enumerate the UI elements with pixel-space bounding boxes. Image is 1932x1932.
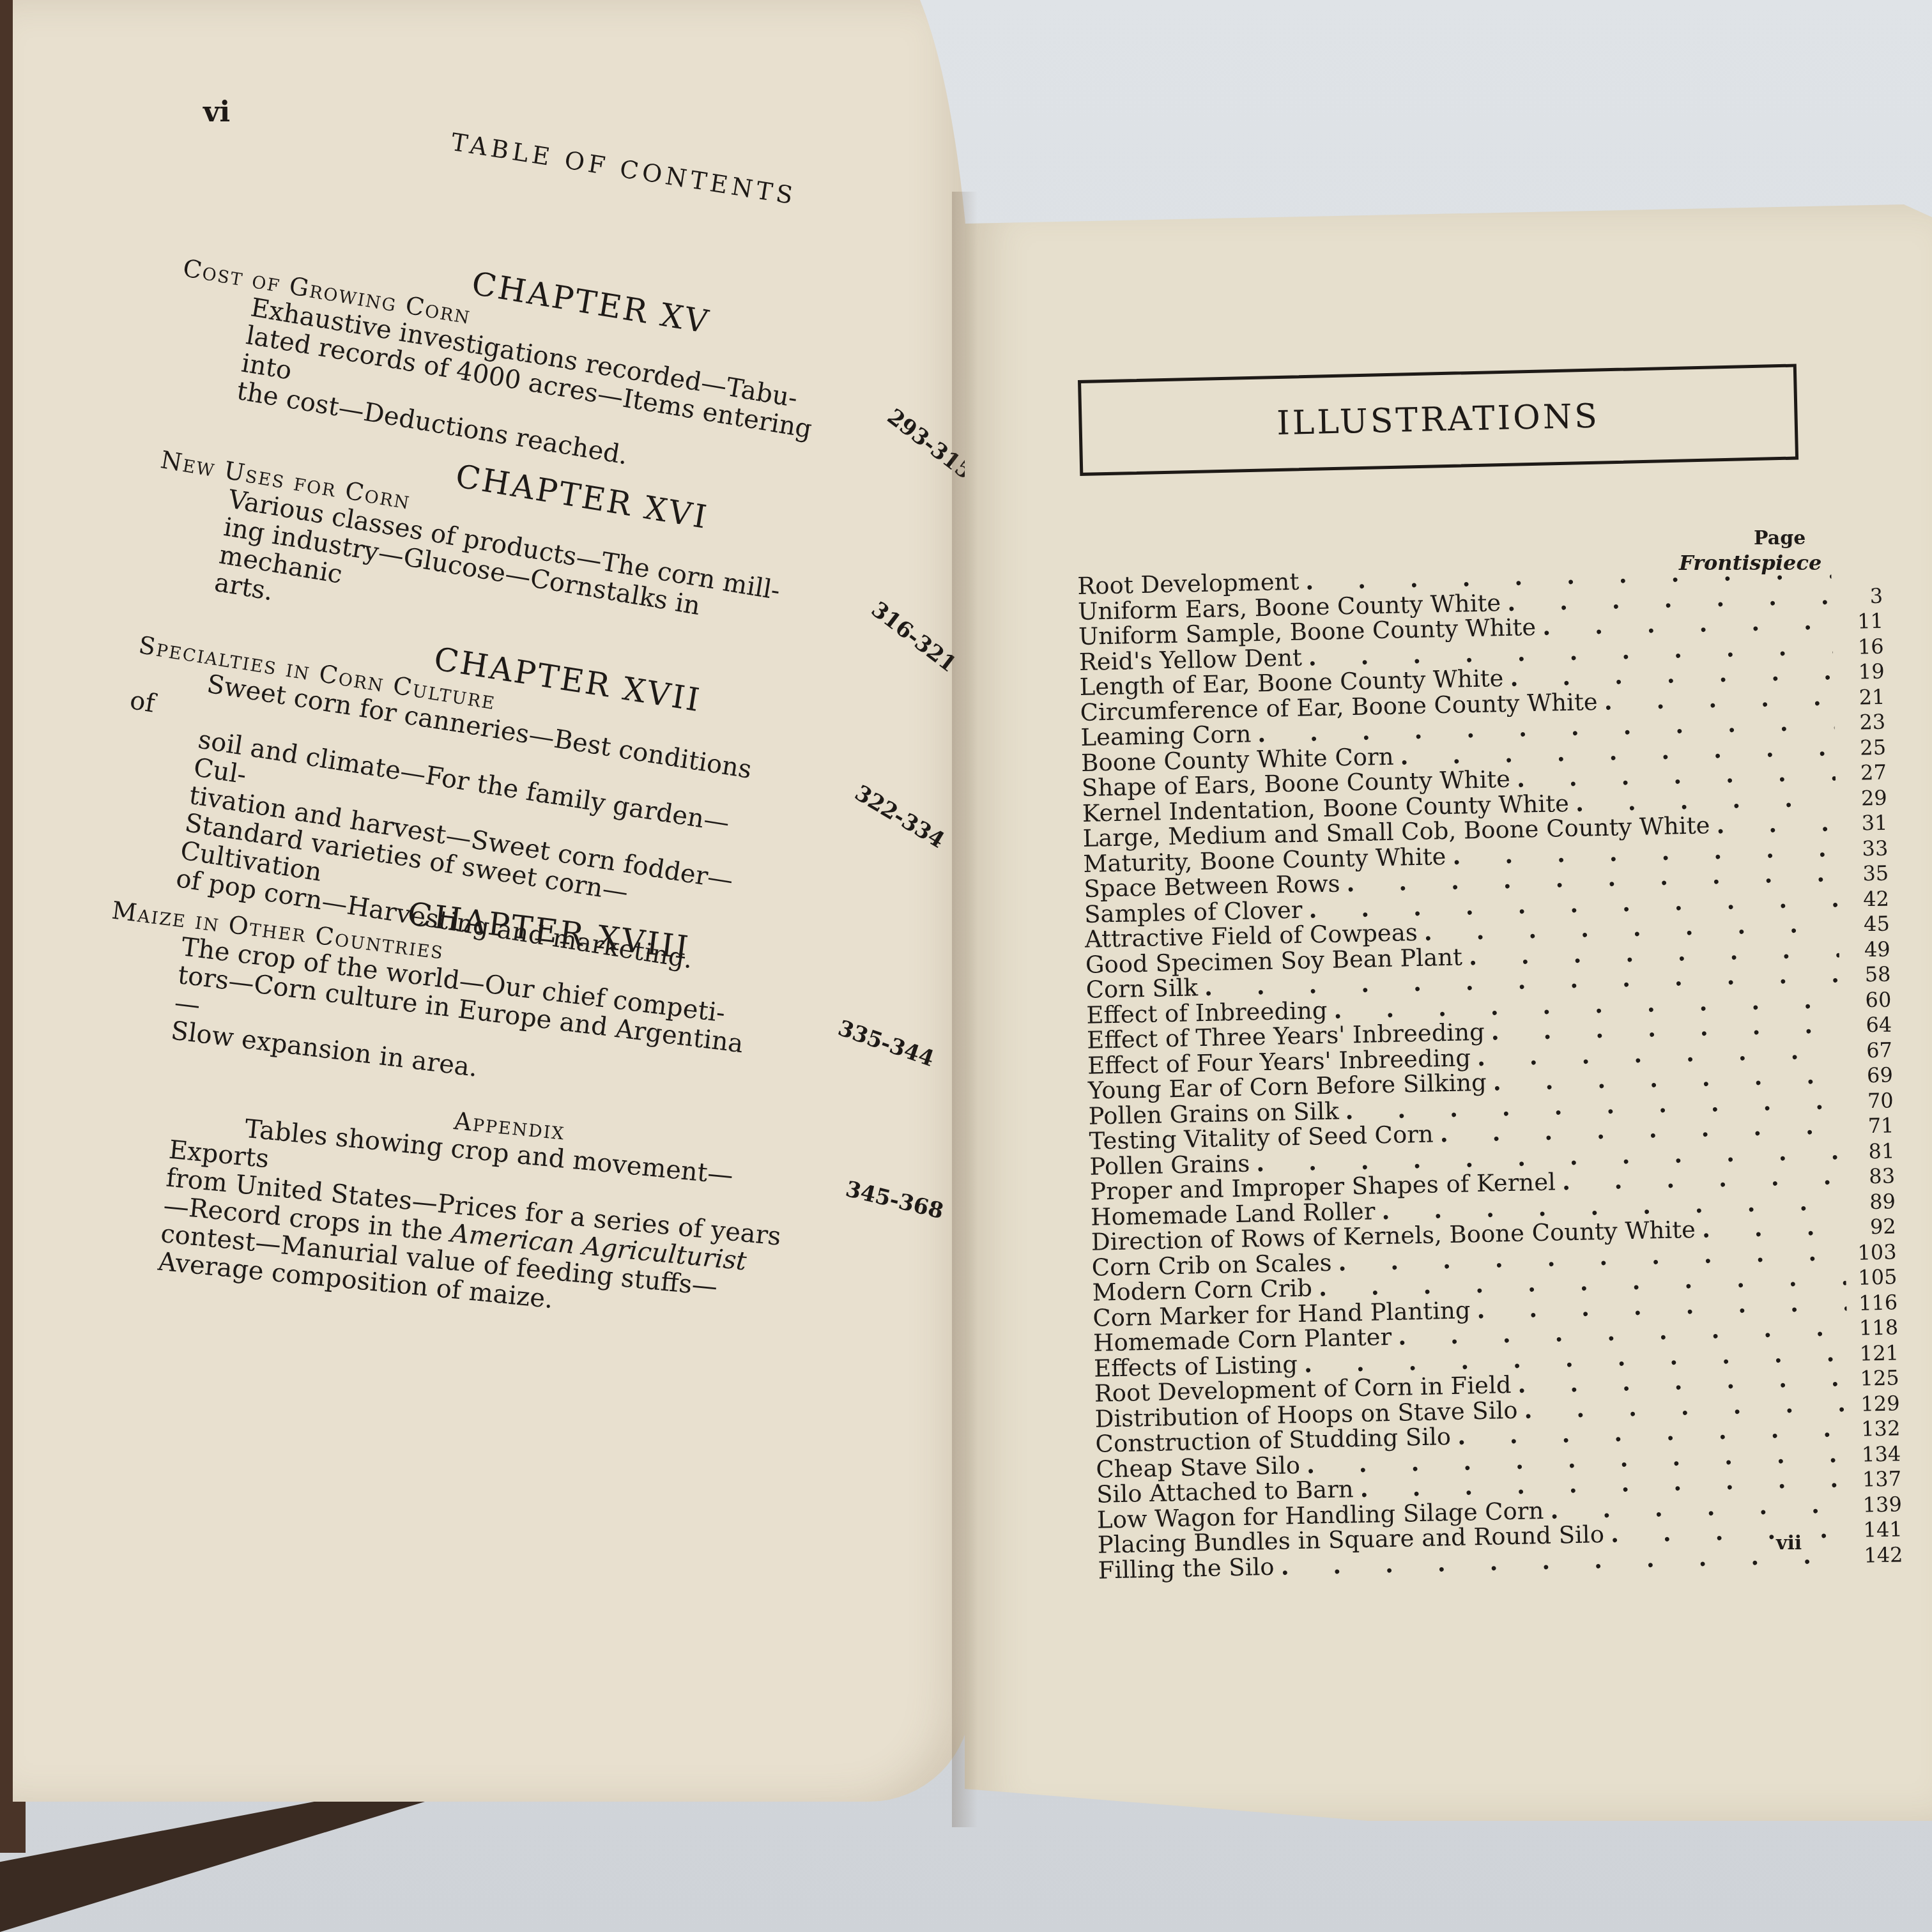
- illustration-title: Filling the Silo: [1098, 1552, 1275, 1584]
- illustration-page: 116: [1846, 1290, 1898, 1315]
- illustration-page: 81: [1843, 1138, 1895, 1164]
- illustration-page: 45: [1838, 911, 1890, 937]
- illustration-page: 92: [1844, 1214, 1896, 1239]
- illustration-page: 125: [1848, 1365, 1899, 1391]
- illustration-page: 19: [1833, 659, 1885, 685]
- illustration-page: 142: [1851, 1542, 1903, 1568]
- illustration-page: 71: [1843, 1113, 1894, 1138]
- illustration-page: 118: [1847, 1315, 1899, 1340]
- illustration-page: 64: [1841, 1012, 1892, 1038]
- illustration-page: 134: [1850, 1441, 1901, 1467]
- illustration-page: 141: [1851, 1517, 1903, 1542]
- illustration-page: 33: [1837, 836, 1889, 861]
- illustration-page: 27: [1835, 760, 1887, 786]
- illustration-page: 3: [1832, 583, 1883, 609]
- illustration-page: 139: [1850, 1492, 1902, 1517]
- book-gutter: [952, 192, 977, 1827]
- illustration-page: 89: [1844, 1189, 1896, 1215]
- illustrations-heading: ILLUSTRATIONS: [1276, 397, 1600, 442]
- illustration-page: 29: [1836, 785, 1887, 811]
- illustration-page: 42: [1838, 886, 1890, 912]
- illustration-page: 132: [1849, 1416, 1901, 1441]
- illustration-page: 70: [1842, 1088, 1894, 1114]
- illustration-page: 58: [1839, 962, 1891, 987]
- illustration-page: 11: [1832, 609, 1884, 634]
- illustration-page: 103: [1845, 1239, 1897, 1265]
- illustration-page: 23: [1834, 710, 1886, 735]
- illustration-page: 67: [1841, 1038, 1893, 1063]
- right-folio: vii: [1776, 1532, 1802, 1554]
- illustration-page: 83: [1844, 1163, 1896, 1189]
- illustrations-list: Root Development Uniform Ears, Boone Cou…: [1077, 555, 1903, 1581]
- illustration-page: 35: [1837, 861, 1889, 887]
- page-column-label: Page: [1754, 527, 1805, 549]
- illustration-page: 129: [1848, 1391, 1900, 1416]
- illustration-page: 60: [1840, 987, 1892, 1013]
- illustrations-heading-box: ILLUSTRATIONS: [1078, 364, 1798, 475]
- illustration-page: [1831, 578, 1882, 579]
- illustration-page: 69: [1841, 1062, 1893, 1088]
- illustration-page: 105: [1846, 1264, 1897, 1290]
- left-folio: vi: [203, 96, 230, 128]
- illustration-page: 16: [1832, 634, 1884, 659]
- illustration-page: 121: [1847, 1340, 1899, 1366]
- illustration-page: 49: [1839, 937, 1890, 962]
- illustration-page: 137: [1850, 1466, 1902, 1492]
- illustration-page: 21: [1834, 684, 1885, 710]
- illustration-page: 25: [1835, 735, 1887, 760]
- illustration-page: 31: [1836, 811, 1888, 836]
